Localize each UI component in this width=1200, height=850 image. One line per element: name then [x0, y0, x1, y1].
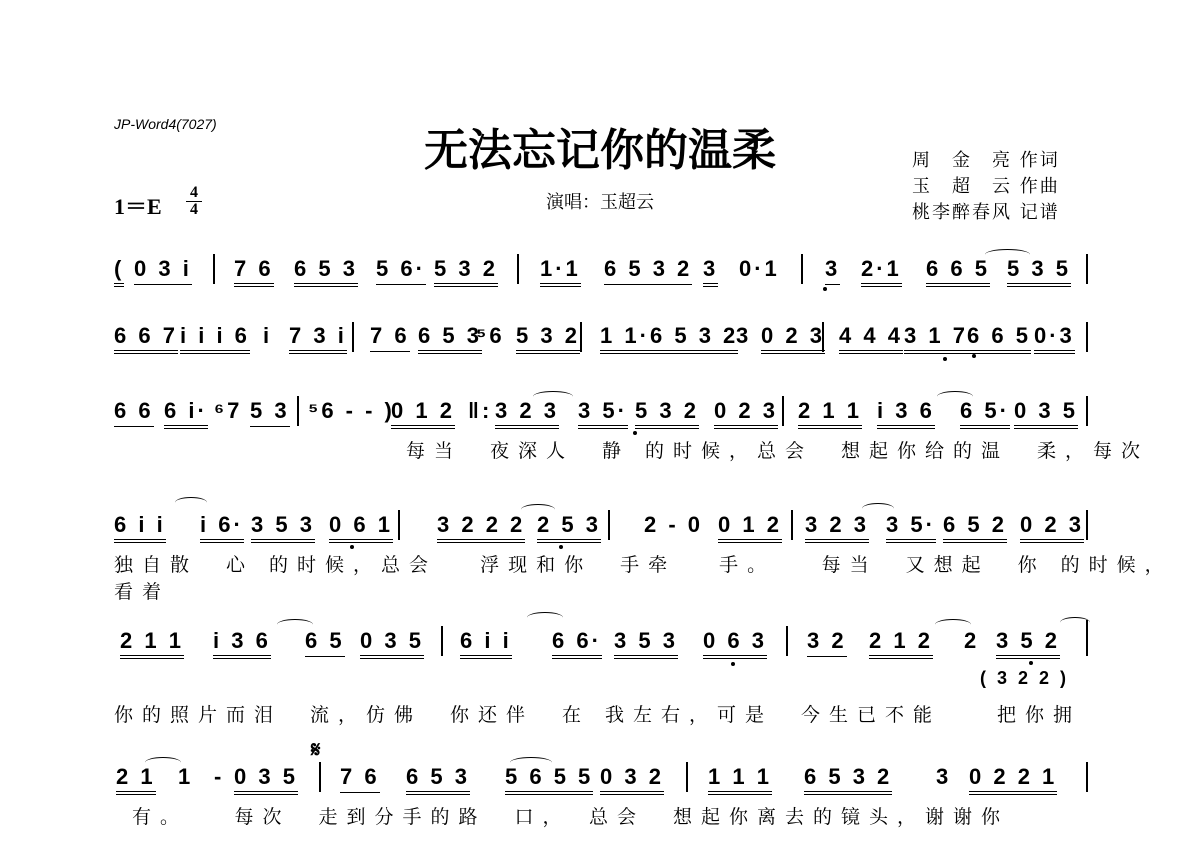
note-group: 7 6 — [340, 764, 380, 793]
note-group: 3 — [736, 323, 751, 349]
note-group: 3 — [825, 256, 840, 285]
note-group: ( — [114, 256, 124, 287]
note-group: 5 6 5 5 — [505, 764, 593, 795]
slur — [175, 497, 207, 508]
note-group: 4 4 4 — [839, 323, 903, 354]
barline — [1086, 762, 1088, 792]
slur — [862, 503, 894, 514]
barline — [580, 322, 582, 352]
note-group: 5 3 — [250, 398, 290, 427]
lyricist-credit: 周 金 亮 作词 — [912, 148, 1060, 174]
transcriber-credit: 桃李醉春风 记谱 — [912, 200, 1060, 226]
barline — [801, 254, 803, 284]
note-group: 6 6· — [552, 628, 602, 659]
note-group: 6 5 2 — [943, 512, 1007, 543]
key-signature: 1＝E — [114, 190, 162, 221]
low-octave-dot — [1029, 661, 1033, 665]
note-group: 6 5 3 — [418, 323, 482, 354]
note-group: 6 6 7 — [114, 323, 178, 354]
note-group: 3 5· — [578, 398, 628, 429]
note-group: 0 2 3 — [1020, 512, 1084, 543]
segno-sign: 𝄋 — [311, 738, 320, 763]
note-group: i 3 6 — [213, 628, 271, 659]
slur — [533, 391, 573, 402]
note-group: 2 — [964, 628, 979, 654]
note-group: 6 5 3 2 — [604, 256, 692, 285]
note-group: 6 5 3 2 — [650, 323, 738, 354]
barline — [517, 254, 519, 284]
barline — [319, 762, 321, 792]
note-group: 3 1 7 — [904, 323, 968, 354]
note-group: 0·3 — [1034, 323, 1075, 354]
barline — [213, 254, 215, 284]
note-group: 0 3 5 — [1014, 398, 1078, 429]
low-octave-dot — [559, 545, 563, 549]
note-group: 1 1 1 — [708, 764, 772, 795]
note-group: 1 1· — [600, 323, 650, 354]
note-group: 3 2 — [807, 628, 847, 657]
low-octave-dot — [633, 431, 637, 435]
note-group: 7 6 — [234, 256, 274, 287]
low-octave-dot — [972, 354, 976, 358]
note-group: 5 3 2 — [516, 323, 580, 354]
low-octave-dot — [943, 357, 947, 361]
note-group: 0 2 3 — [761, 323, 825, 354]
barline — [398, 510, 400, 540]
barline — [686, 762, 688, 792]
note-group: 6 6 — [114, 398, 154, 427]
note-group: 0 2 3 — [714, 398, 778, 429]
barline — [791, 510, 793, 540]
note-group: 2 1 1 — [798, 398, 862, 429]
note-group: 0 6 3 — [703, 628, 767, 659]
note-group: 2 1 — [116, 764, 156, 795]
note-group: 6 6 5 — [926, 256, 990, 287]
note-group: 0 2 2 1 — [969, 764, 1057, 795]
slur — [1060, 617, 1090, 628]
note-group: 0 6 1 — [329, 512, 393, 543]
note-group: 7 3 i — [289, 323, 347, 354]
lyrics-line: 有。 每次 走到分手的路 口， 总会 想起你离去的镜头，谢谢你 — [132, 802, 1009, 829]
note-group: 3 2 2 2 — [437, 512, 525, 543]
note-group: 3 — [936, 764, 951, 790]
composer-credit: 玉 超 云 作曲 — [912, 174, 1060, 200]
note-group: 6 i i — [114, 512, 166, 543]
barline — [822, 322, 824, 352]
note-group: 6 5 3 — [294, 256, 358, 287]
note-group: 5 6· — [376, 256, 426, 285]
lyrics-line: 你的照片而泪 流，仿佛 你还伴 在 我左右，可是 今生已不能 把你拥 — [114, 700, 1081, 727]
note-group: 6 5 — [305, 628, 345, 657]
barline — [297, 396, 299, 426]
note-group: ⁵6 - - ) — [308, 398, 395, 424]
note-group: 0 3 i — [134, 256, 192, 285]
alternate-notes: ( 3 2 2 ) — [980, 668, 1069, 689]
time-signature: 4 4 — [186, 186, 202, 217]
slur — [145, 757, 181, 768]
barline — [1086, 254, 1088, 284]
note-group: 0 1 2 — [391, 398, 455, 429]
note-group: 0·1 — [739, 256, 780, 282]
barline — [1086, 510, 1088, 540]
note-group: ⁶7 — [214, 398, 242, 424]
note-group: i 3 6 — [877, 398, 935, 429]
note-group: 6 6 5 — [967, 323, 1031, 354]
note-group: - — [214, 764, 224, 790]
time-signature-bottom: 4 — [186, 203, 202, 217]
note-group: 3 5 3 — [614, 628, 678, 659]
note-group: 2 1 2 — [869, 628, 933, 659]
low-octave-dot — [731, 662, 735, 666]
note-group: 0 3 5 — [360, 628, 424, 659]
slur — [985, 249, 1030, 260]
note-group: 6 5 3 — [406, 764, 470, 795]
note-group: 0 3 5 — [234, 764, 298, 795]
lyrics-line: 独自散 心 的时候，总会 浮现和你 手牵 手。 每当 又想起 你 的时候，看着 — [114, 550, 1200, 604]
note-group: 6 5· — [960, 398, 1010, 429]
note-group: 1·1 — [540, 256, 581, 287]
note-group: 5 3 2 — [434, 256, 498, 287]
barline — [608, 510, 610, 540]
note-group: 3 2 3 — [805, 512, 869, 543]
note-group: 6 i· — [164, 398, 208, 429]
barline — [782, 396, 784, 426]
note-group: 2·1 — [861, 256, 902, 287]
note-group: i i i 6 — [180, 323, 250, 354]
low-octave-dot — [823, 287, 827, 291]
note-group: 3 5· — [886, 512, 936, 543]
note-group: 7 6 — [370, 323, 410, 352]
note-group: 0 1 2 — [718, 512, 782, 543]
barline — [1086, 396, 1088, 426]
note-group: 3 — [703, 256, 718, 287]
barline — [352, 322, 354, 352]
note-group: 2 1 1 — [120, 628, 184, 659]
note-group: i 6· — [200, 512, 244, 543]
barline — [441, 626, 443, 656]
note-group: 6 5 3 2 — [804, 764, 892, 795]
barline — [1086, 322, 1088, 352]
barline — [786, 626, 788, 656]
note-group: 3 5 2 — [996, 628, 1060, 659]
note-group: 2 5 3 — [537, 512, 601, 543]
slur — [510, 757, 552, 768]
low-octave-dot — [350, 545, 354, 549]
note-group: i — [263, 323, 272, 349]
credits-block: 周 金 亮 作词 玉 超 云 作曲 桃李醉春风 记谱 — [912, 148, 1060, 226]
note-group: 3 2 3 — [495, 398, 559, 429]
lyrics-line: 每当 夜深人 静 的时候，总会 想起你给的温 柔，每次 — [406, 436, 1149, 463]
slur — [521, 504, 555, 515]
note-group: 6 i i — [460, 628, 512, 659]
note-group: 3 5 3 — [251, 512, 315, 543]
note-group: 0 3 2 — [600, 764, 664, 795]
note-group: 5 3 2 — [635, 398, 699, 429]
note-group: 2 - 0 — [644, 512, 703, 538]
slur — [527, 612, 563, 623]
time-signature-top: 4 — [186, 186, 202, 200]
slur — [277, 619, 313, 630]
slur — [937, 391, 973, 402]
note-group: ‖: — [468, 398, 492, 424]
note-group: ⁵6 — [476, 323, 505, 349]
note-group: 5 3 5 — [1007, 256, 1071, 287]
slur — [935, 619, 971, 630]
